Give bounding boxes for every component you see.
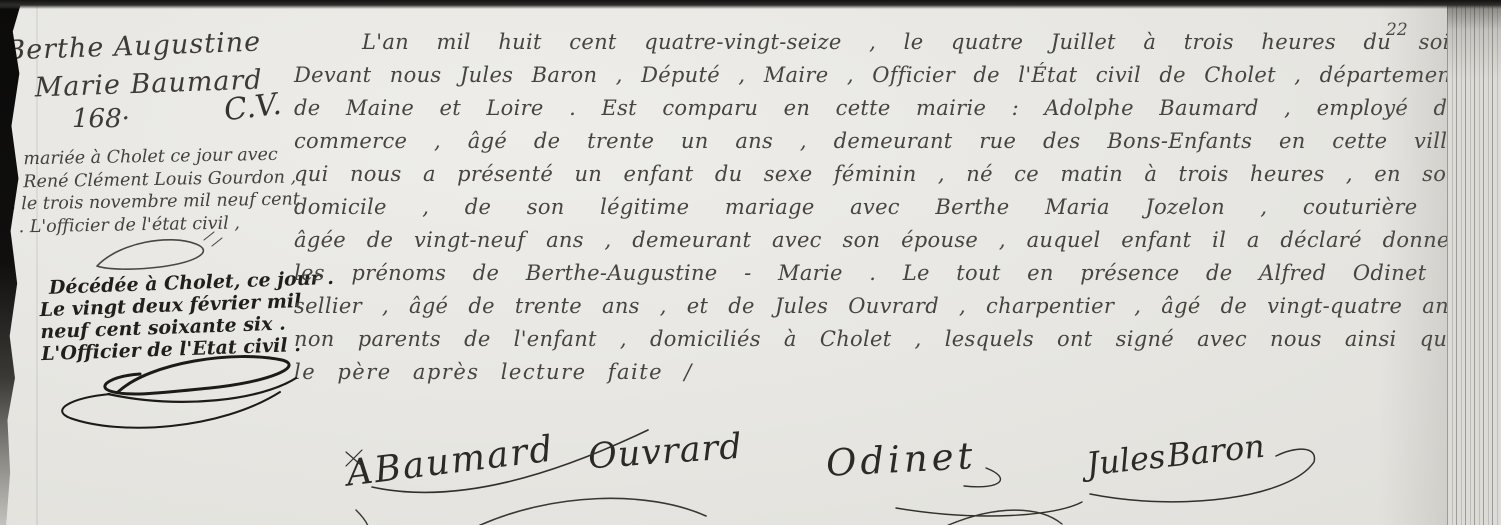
act-body: L'an mil huit cent quatre-vingt-seize , …: [294, 30, 1460, 393]
act-number: 168·: [72, 104, 130, 134]
act-line: de Maine et Loire . Est comparu en cette…: [294, 96, 1460, 129]
act-line: qui nous a présenté un enfant du sexe fé…: [294, 162, 1460, 195]
margin-signature-flourish: [97, 232, 222, 269]
scan-edge-top: [0, 0, 1501, 9]
signature-baumard: ABaumard: [344, 428, 556, 494]
page-gutter-right: [1447, 0, 1501, 525]
act-line: commerce , âgé de trente un ans , demeur…: [294, 129, 1460, 162]
act-line: Devant nous Jules Baron , Député , Maire…: [294, 63, 1460, 96]
bottom-cutoff-strokes: [356, 498, 1062, 525]
marriage-margin-note: mariée à Cholet ce jour avec el René Clé…: [1, 143, 300, 238]
signature-odinet: Odinet: [825, 434, 977, 485]
signature-ouvrard: Ouvrard: [587, 427, 744, 478]
act-line: les prénoms de Berthe-Augustine - Marie …: [294, 261, 1460, 294]
death-margin-note: Décédée à Cholet, ce jour . Le vingt deu…: [39, 267, 337, 365]
register-page-scan: Berthe Augustine Marie Baumard 168· C.V.…: [0, 0, 1501, 525]
signature-jules-baron: Jules Baron: [1085, 427, 1267, 483]
marriage-note-line: . L'officier de l'état civil ,: [2, 211, 300, 239]
act-line: L'an mil huit cent quatre-vingt-seize , …: [294, 30, 1460, 63]
act-line: âgée de vingt-neuf ans , demeurant avec …: [294, 228, 1460, 261]
act-line: non parents de l'enfant , domiciliés à C…: [294, 327, 1460, 360]
act-line: sellier , âgé de trente ans , et de Jule…: [294, 294, 1460, 327]
act-line: le père après lecture faite /: [294, 360, 1460, 393]
paper-fold-line: [36, 0, 38, 525]
death-officer-signature-flourish: [62, 357, 296, 428]
cv-annotation: C.V.: [222, 87, 283, 129]
gutter-shadow: [1379, 0, 1449, 525]
act-line: domicile , de son légitime mariage avec …: [294, 195, 1460, 228]
